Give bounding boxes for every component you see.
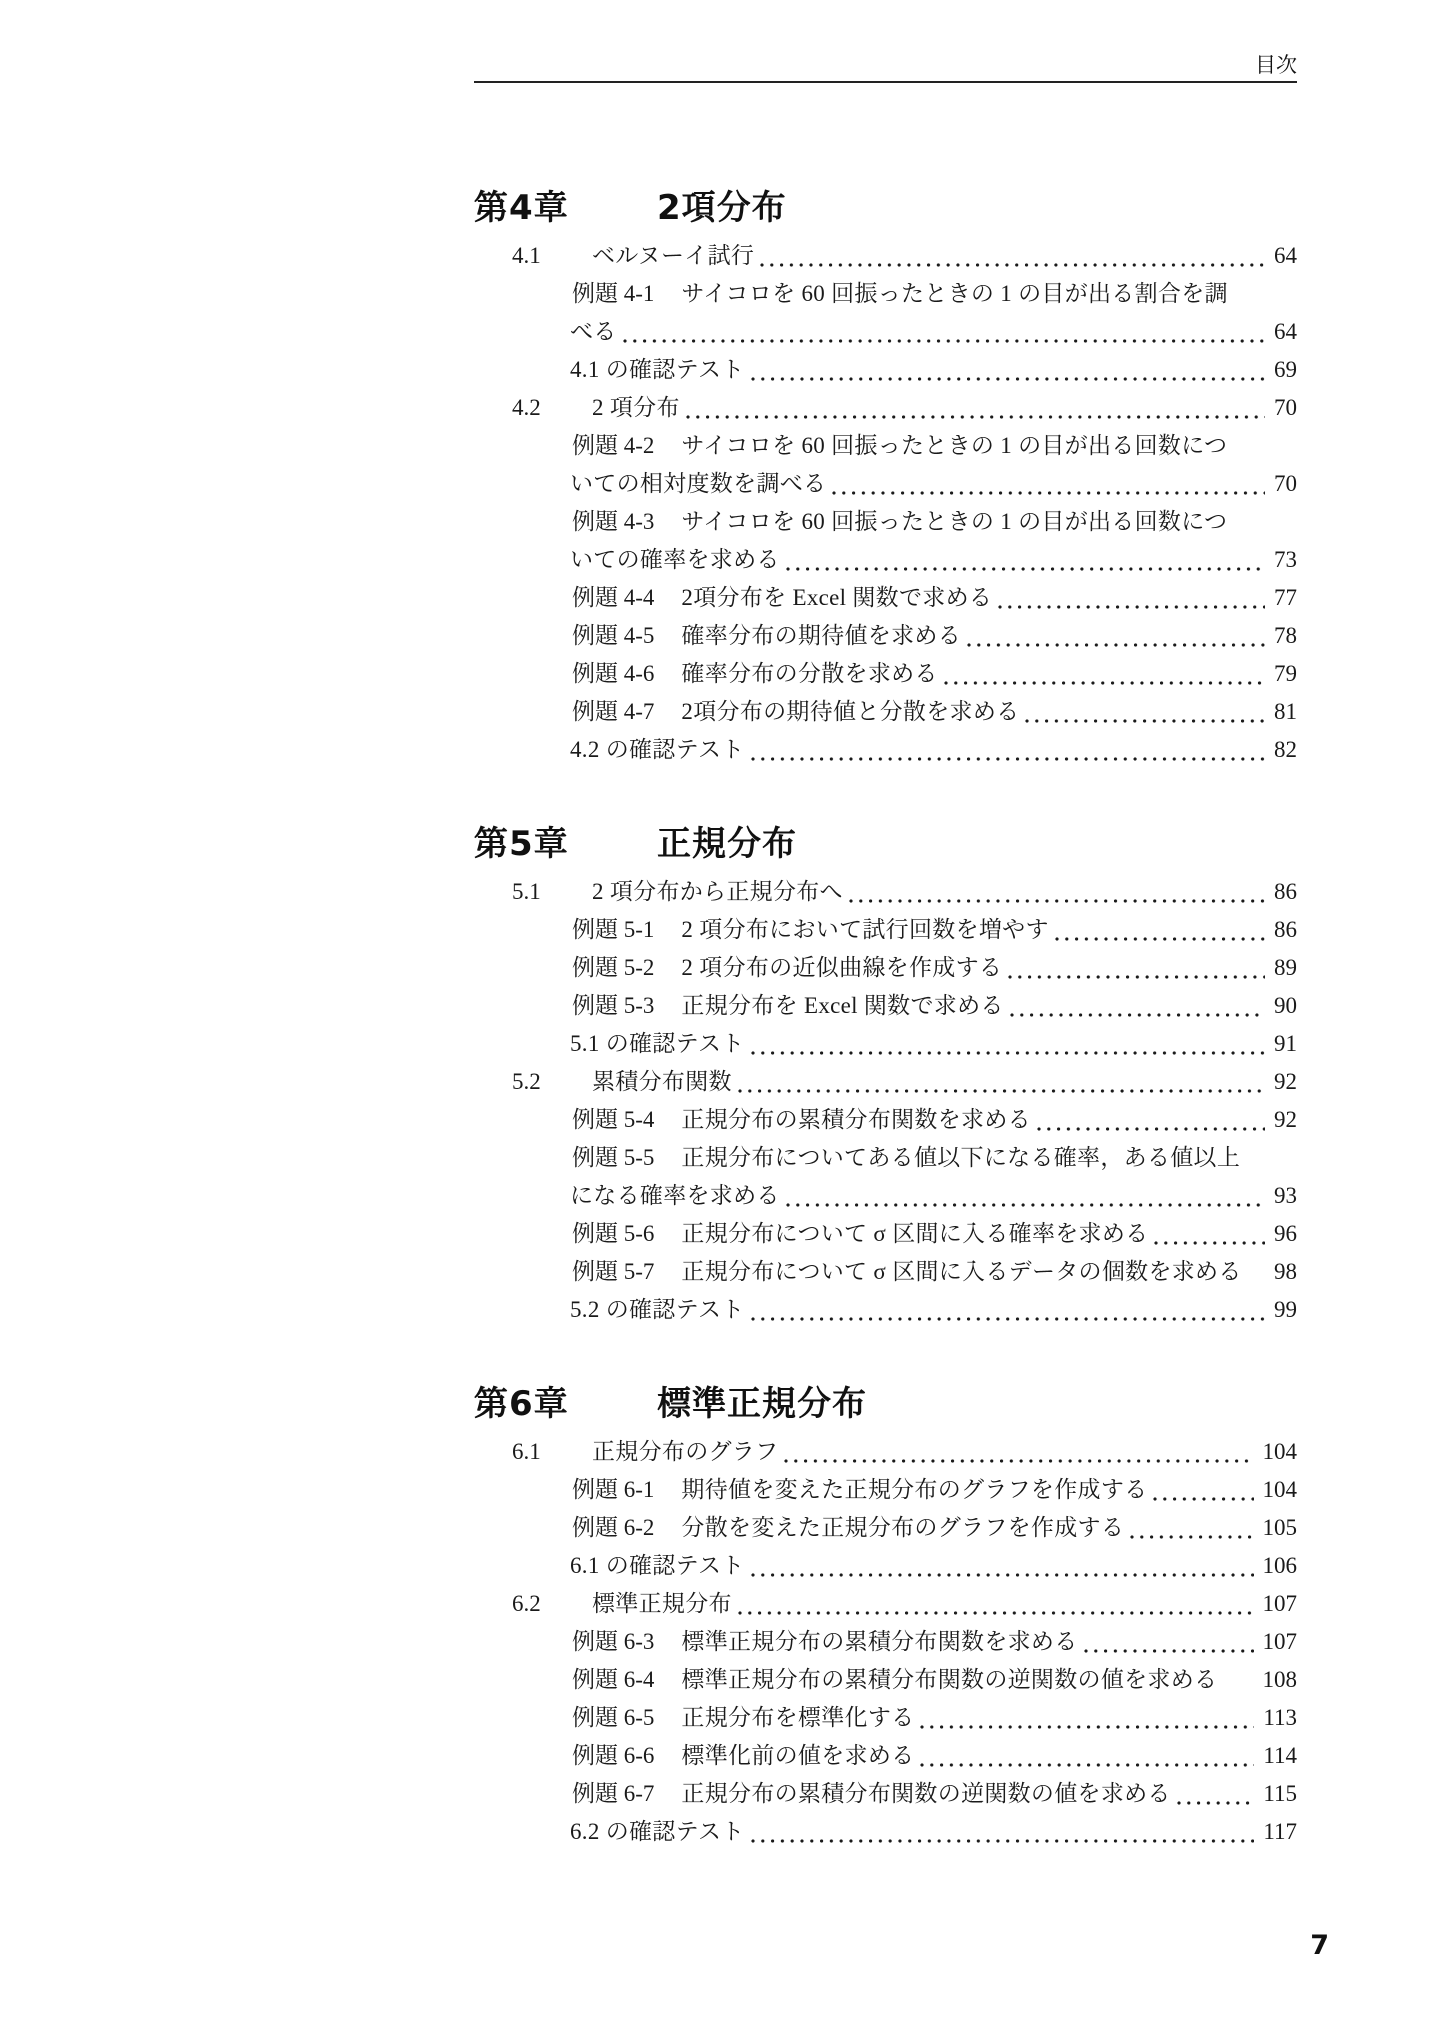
entry-page-number: 115 (1258, 1775, 1297, 1813)
entry-page-number: 86 (1269, 873, 1297, 911)
example-label: 例題 5-6 (572, 1215, 654, 1253)
example-label: 例題 5-5 (572, 1139, 654, 1177)
example-label: 例題 5-2 (572, 949, 654, 987)
toc-entry-row: 例題 5-22 項分布の近似曲線を作成する89 (474, 949, 1297, 987)
entry-page-number: 64 (1269, 313, 1297, 351)
toc-entry-row: 5.12 項分布から正規分布へ86 (474, 873, 1297, 911)
dot-leader (1247, 1253, 1265, 1291)
example-label: 例題 4-6 (572, 655, 654, 693)
example-label: 例題 5-7 (572, 1253, 654, 1291)
running-header-label: 目次 (1255, 52, 1297, 78)
entry-title: 標準化前の値を求める (681, 1737, 914, 1775)
example-label: 例題 4-5 (572, 617, 654, 655)
entry-title: 標準正規分布の累積分布関数を求める (681, 1623, 1077, 1661)
toc-entry-row: 例題 4-72項分布の期待値と分散を求める81 (474, 693, 1297, 731)
entry-page-number: 90 (1269, 987, 1297, 1025)
chapter-heading: 第5章正規分布 (474, 827, 1297, 861)
dot-leader (1152, 1471, 1253, 1509)
entry-page-number: 106 (1258, 1547, 1298, 1585)
entry-page-number: 107 (1258, 1585, 1298, 1623)
entry-title: 2 項分布から正規分布へ (592, 873, 843, 911)
toc-entry-row: 例題 5-5正規分布についてある値以下になる確率，ある値以上 (474, 1139, 1297, 1177)
entry-title: 正規分布の累積分布関数の逆関数の値を求める (681, 1775, 1170, 1813)
dot-leader (1153, 1215, 1265, 1253)
example-label: 例題 4-4 (572, 579, 654, 617)
entry-title: 正規分布を Excel 関数で求める (681, 987, 1003, 1025)
toc-entry-row: べる64 (474, 313, 1297, 351)
example-label: 例題 4-7 (572, 693, 654, 731)
toc-entry-row: 6.1 の確認テスト106 (474, 1547, 1297, 1585)
entry-title: べる (570, 313, 617, 351)
toc-entry-row: 6.2 の確認テスト117 (474, 1813, 1297, 1851)
dot-leader (919, 1737, 1254, 1775)
dot-leader (1024, 693, 1265, 731)
entry-page-number: 104 (1258, 1471, 1298, 1509)
entry-page-number: 96 (1269, 1215, 1297, 1253)
entry-title: サイコロを 60 回振ったときの 1 の目が出る割合を調 (681, 275, 1227, 313)
chapter-block: 第4章2項分布4.1ベルヌーイ試行64例題 4-1サイコロを 60 回振ったとき… (474, 191, 1297, 769)
dot-leader (759, 237, 1265, 275)
entry-title: 2 項分布 (592, 389, 680, 427)
dot-leader (1007, 949, 1265, 987)
section-number: 5.1 (512, 873, 592, 911)
entry-page-number: 70 (1269, 389, 1297, 427)
entry-title: 正規分布についてある値以下になる確率，ある値以上 (681, 1139, 1240, 1177)
dot-leader (750, 351, 1265, 389)
section-number: 6.2 (512, 1585, 592, 1623)
dot-leader (966, 617, 1265, 655)
toc-entry-row: 例題 4-5確率分布の期待値を求める78 (474, 617, 1297, 655)
entry-title: サイコロを 60 回振ったときの 1 の目が出る回数につ (681, 503, 1227, 541)
dot-leader (943, 655, 1265, 693)
dot-leader (750, 1291, 1265, 1329)
toc-entry-row: 例題 5-4正規分布の累積分布関数を求める92 (474, 1101, 1297, 1139)
example-label: 例題 5-4 (572, 1101, 654, 1139)
toc-entry-row: 例題 5-6正規分布について σ 区間に入る確率を求める96 (474, 1215, 1297, 1253)
dot-leader (622, 313, 1265, 351)
toc-page: 目次 第4章2項分布4.1ベルヌーイ試行64例題 4-1サイコロを 60 回振っ… (0, 0, 1433, 2024)
toc-entry-row: 例題 6-4標準正規分布の累積分布関数の逆関数の値を求める108 (474, 1661, 1297, 1699)
toc-entry-row: 5.2累積分布関数92 (474, 1063, 1297, 1101)
entry-title: いての相対度数を調べる (570, 465, 826, 503)
entry-page-number: 73 (1269, 541, 1297, 579)
entry-title: 4.1 の確認テスト (570, 351, 745, 389)
entry-page-number: 86 (1269, 911, 1297, 949)
toc-entry-row: 例題 4-3サイコロを 60 回振ったときの 1 の目が出る回数につ (474, 503, 1297, 541)
entry-page-number: 91 (1269, 1025, 1297, 1063)
dot-leader (1009, 987, 1265, 1025)
entry-page-number: 93 (1269, 1177, 1297, 1215)
entry-title: 正規分布の累積分布関数を求める (681, 1101, 1031, 1139)
chapter-title: 2項分布 (657, 191, 787, 225)
dot-leader (1083, 1623, 1254, 1661)
entry-page-number: 108 (1258, 1661, 1298, 1699)
entry-title: いての確率を求める (570, 541, 780, 579)
chapter-block: 第5章正規分布5.12 項分布から正規分布へ86例題 5-12 項分布において試… (474, 827, 1297, 1329)
example-label: 例題 6-5 (572, 1699, 654, 1737)
entry-title: 分散を変えた正規分布のグラフを作成する (681, 1509, 1124, 1547)
entry-page-number: 117 (1258, 1813, 1297, 1851)
table-of-contents: 第4章2項分布4.1ベルヌーイ試行64例題 4-1サイコロを 60 回振ったとき… (474, 191, 1297, 1851)
example-label: 例題 6-7 (572, 1775, 654, 1813)
entry-title: 5.2 の確認テスト (570, 1291, 745, 1329)
toc-entry-row: いての相対度数を調べる70 (474, 465, 1297, 503)
entry-title: 正規分布のグラフ (592, 1433, 778, 1471)
entry-title: 正規分布について σ 区間に入る確率を求める (681, 1215, 1148, 1253)
dot-leader (1129, 1509, 1253, 1547)
entry-title: 2 項分布において試行回数を増やす (681, 911, 1048, 949)
dot-leader (737, 1585, 1254, 1623)
entry-title: 5.1 の確認テスト (570, 1025, 745, 1063)
toc-entry-row: 6.1正規分布のグラフ104 (474, 1433, 1297, 1471)
entry-page-number: 81 (1269, 693, 1297, 731)
entry-page-number: 77 (1269, 579, 1297, 617)
example-label: 例題 4-2 (572, 427, 654, 465)
entry-title: サイコロを 60 回振ったときの 1 の目が出る回数につ (681, 427, 1227, 465)
entry-page-number: 89 (1269, 949, 1297, 987)
toc-entry-row: 例題 4-1サイコロを 60 回振ったときの 1 の目が出る割合を調 (474, 275, 1297, 313)
entry-title: 期待値を変えた正規分布のグラフを作成する (681, 1471, 1147, 1509)
header-rule (474, 81, 1297, 83)
toc-entry-row: 例題 5-7正規分布について σ 区間に入るデータの個数を求める98 (474, 1253, 1297, 1291)
toc-entry-row: 例題 5-12 項分布において試行回数を増やす86 (474, 911, 1297, 949)
dot-leader (785, 541, 1265, 579)
entry-page-number: 82 (1269, 731, 1297, 769)
entry-page-number: 105 (1258, 1509, 1298, 1547)
example-label: 例題 6-6 (572, 1737, 654, 1775)
dot-leader (831, 465, 1265, 503)
example-label: 例題 5-3 (572, 987, 654, 1025)
entry-page-number: 98 (1269, 1253, 1297, 1291)
example-label: 例題 6-1 (572, 1471, 654, 1509)
entry-page-number: 69 (1269, 351, 1297, 389)
chapter-heading: 第4章2項分布 (474, 191, 1297, 225)
toc-entry-row: 例題 5-3正規分布を Excel 関数で求める90 (474, 987, 1297, 1025)
toc-entry-row: 5.1 の確認テスト91 (474, 1025, 1297, 1063)
chapter-number: 第6章 (474, 1387, 657, 1421)
chapter-block: 第6章標準正規分布6.1正規分布のグラフ104例題 6-1期待値を変えた正規分布… (474, 1387, 1297, 1851)
entry-title: 確率分布の分散を求める (681, 655, 937, 693)
toc-entry-row: 例題 6-7正規分布の累積分布関数の逆関数の値を求める115 (474, 1775, 1297, 1813)
example-label: 例題 6-3 (572, 1623, 654, 1661)
toc-entry-row: 例題 6-1期待値を変えた正規分布のグラフを作成する104 (474, 1471, 1297, 1509)
entry-title: 2項分布の期待値と分散を求める (681, 693, 1019, 731)
example-label: 例題 5-1 (572, 911, 654, 949)
dot-leader (750, 1025, 1265, 1063)
chapter-title: 正規分布 (657, 827, 797, 861)
entry-page-number: 64 (1269, 237, 1297, 275)
entry-title: 2項分布を Excel 関数で求める (681, 579, 992, 617)
toc-entry-row: いての確率を求める73 (474, 541, 1297, 579)
section-number: 6.1 (512, 1433, 592, 1471)
dot-leader (919, 1699, 1254, 1737)
dot-leader (750, 1813, 1255, 1851)
toc-entry-row: 例題 4-2サイコロを 60 回振ったときの 1 の目が出る回数につ (474, 427, 1297, 465)
entry-page-number: 79 (1269, 655, 1297, 693)
entry-page-number: 99 (1269, 1291, 1297, 1329)
entry-page-number: 78 (1269, 617, 1297, 655)
dot-leader (997, 579, 1265, 617)
entry-title: 標準正規分布 (592, 1585, 732, 1623)
dot-leader (737, 1063, 1265, 1101)
entry-title: 正規分布について σ 区間に入るデータの個数を求める (681, 1253, 1241, 1291)
example-label: 例題 4-1 (572, 275, 654, 313)
dot-leader (1176, 1775, 1255, 1813)
example-label: 例題 6-4 (572, 1661, 654, 1699)
toc-entry-row: 4.1ベルヌーイ試行64 (474, 237, 1297, 275)
section-number: 5.2 (512, 1063, 592, 1101)
toc-entry-row: 例題 4-42項分布を Excel 関数で求める77 (474, 579, 1297, 617)
entry-title: 6.1 の確認テスト (570, 1547, 745, 1585)
chapter-heading: 第6章標準正規分布 (474, 1387, 1297, 1421)
toc-entry-row: 4.2 の確認テスト82 (474, 731, 1297, 769)
entry-page-number: 107 (1258, 1623, 1298, 1661)
entry-title: 確率分布の期待値を求める (681, 617, 961, 655)
dot-leader (1036, 1101, 1265, 1139)
entry-title: 標準正規分布の累積分布関数の逆関数の値を求める (681, 1661, 1217, 1699)
dot-leader (848, 873, 1265, 911)
dot-leader (783, 1433, 1253, 1471)
toc-entry-row: 例題 4-6確率分布の分散を求める79 (474, 655, 1297, 693)
toc-entry-row: 4.1 の確認テスト69 (474, 351, 1297, 389)
dot-leader (750, 731, 1265, 769)
entry-page-number: 113 (1258, 1699, 1297, 1737)
entry-page-number: 104 (1258, 1433, 1298, 1471)
footer-page-number: 7 (1310, 1930, 1329, 1961)
example-label: 例題 4-3 (572, 503, 654, 541)
dot-leader (750, 1547, 1254, 1585)
entry-page-number: 92 (1269, 1101, 1297, 1139)
dot-leader (1054, 911, 1265, 949)
toc-entry-row: 5.2 の確認テスト99 (474, 1291, 1297, 1329)
entry-page-number: 114 (1258, 1737, 1297, 1775)
entry-title: 4.2 の確認テスト (570, 731, 745, 769)
entry-title: 正規分布を標準化する (681, 1699, 914, 1737)
entry-page-number: 70 (1269, 465, 1297, 503)
entry-title: 6.2 の確認テスト (570, 1813, 745, 1851)
example-label: 例題 6-2 (572, 1509, 654, 1547)
chapter-number: 第5章 (474, 827, 657, 861)
entry-title: ベルヌーイ試行 (592, 237, 754, 275)
dot-leader (1222, 1661, 1253, 1699)
chapter-number: 第4章 (474, 191, 657, 225)
toc-entry-row: 例題 6-2分散を変えた正規分布のグラフを作成する105 (474, 1509, 1297, 1547)
toc-entry-row: 例題 6-3標準正規分布の累積分布関数を求める107 (474, 1623, 1297, 1661)
entry-title: 累積分布関数 (592, 1063, 732, 1101)
entry-title: 2 項分布の近似曲線を作成する (681, 949, 1002, 987)
section-number: 4.1 (512, 237, 592, 275)
chapter-title: 標準正規分布 (657, 1387, 867, 1421)
dot-leader (785, 1177, 1265, 1215)
toc-entry-row: 4.22 項分布70 (474, 389, 1297, 427)
section-number: 4.2 (512, 389, 592, 427)
toc-entry-row: になる確率を求める93 (474, 1177, 1297, 1215)
entry-page-number: 92 (1269, 1063, 1297, 1101)
dot-leader (685, 389, 1265, 427)
toc-entry-row: 例題 6-6標準化前の値を求める114 (474, 1737, 1297, 1775)
entry-title: になる確率を求める (570, 1177, 780, 1215)
toc-entry-row: 6.2標準正規分布107 (474, 1585, 1297, 1623)
toc-entry-row: 例題 6-5正規分布を標準化する113 (474, 1699, 1297, 1737)
